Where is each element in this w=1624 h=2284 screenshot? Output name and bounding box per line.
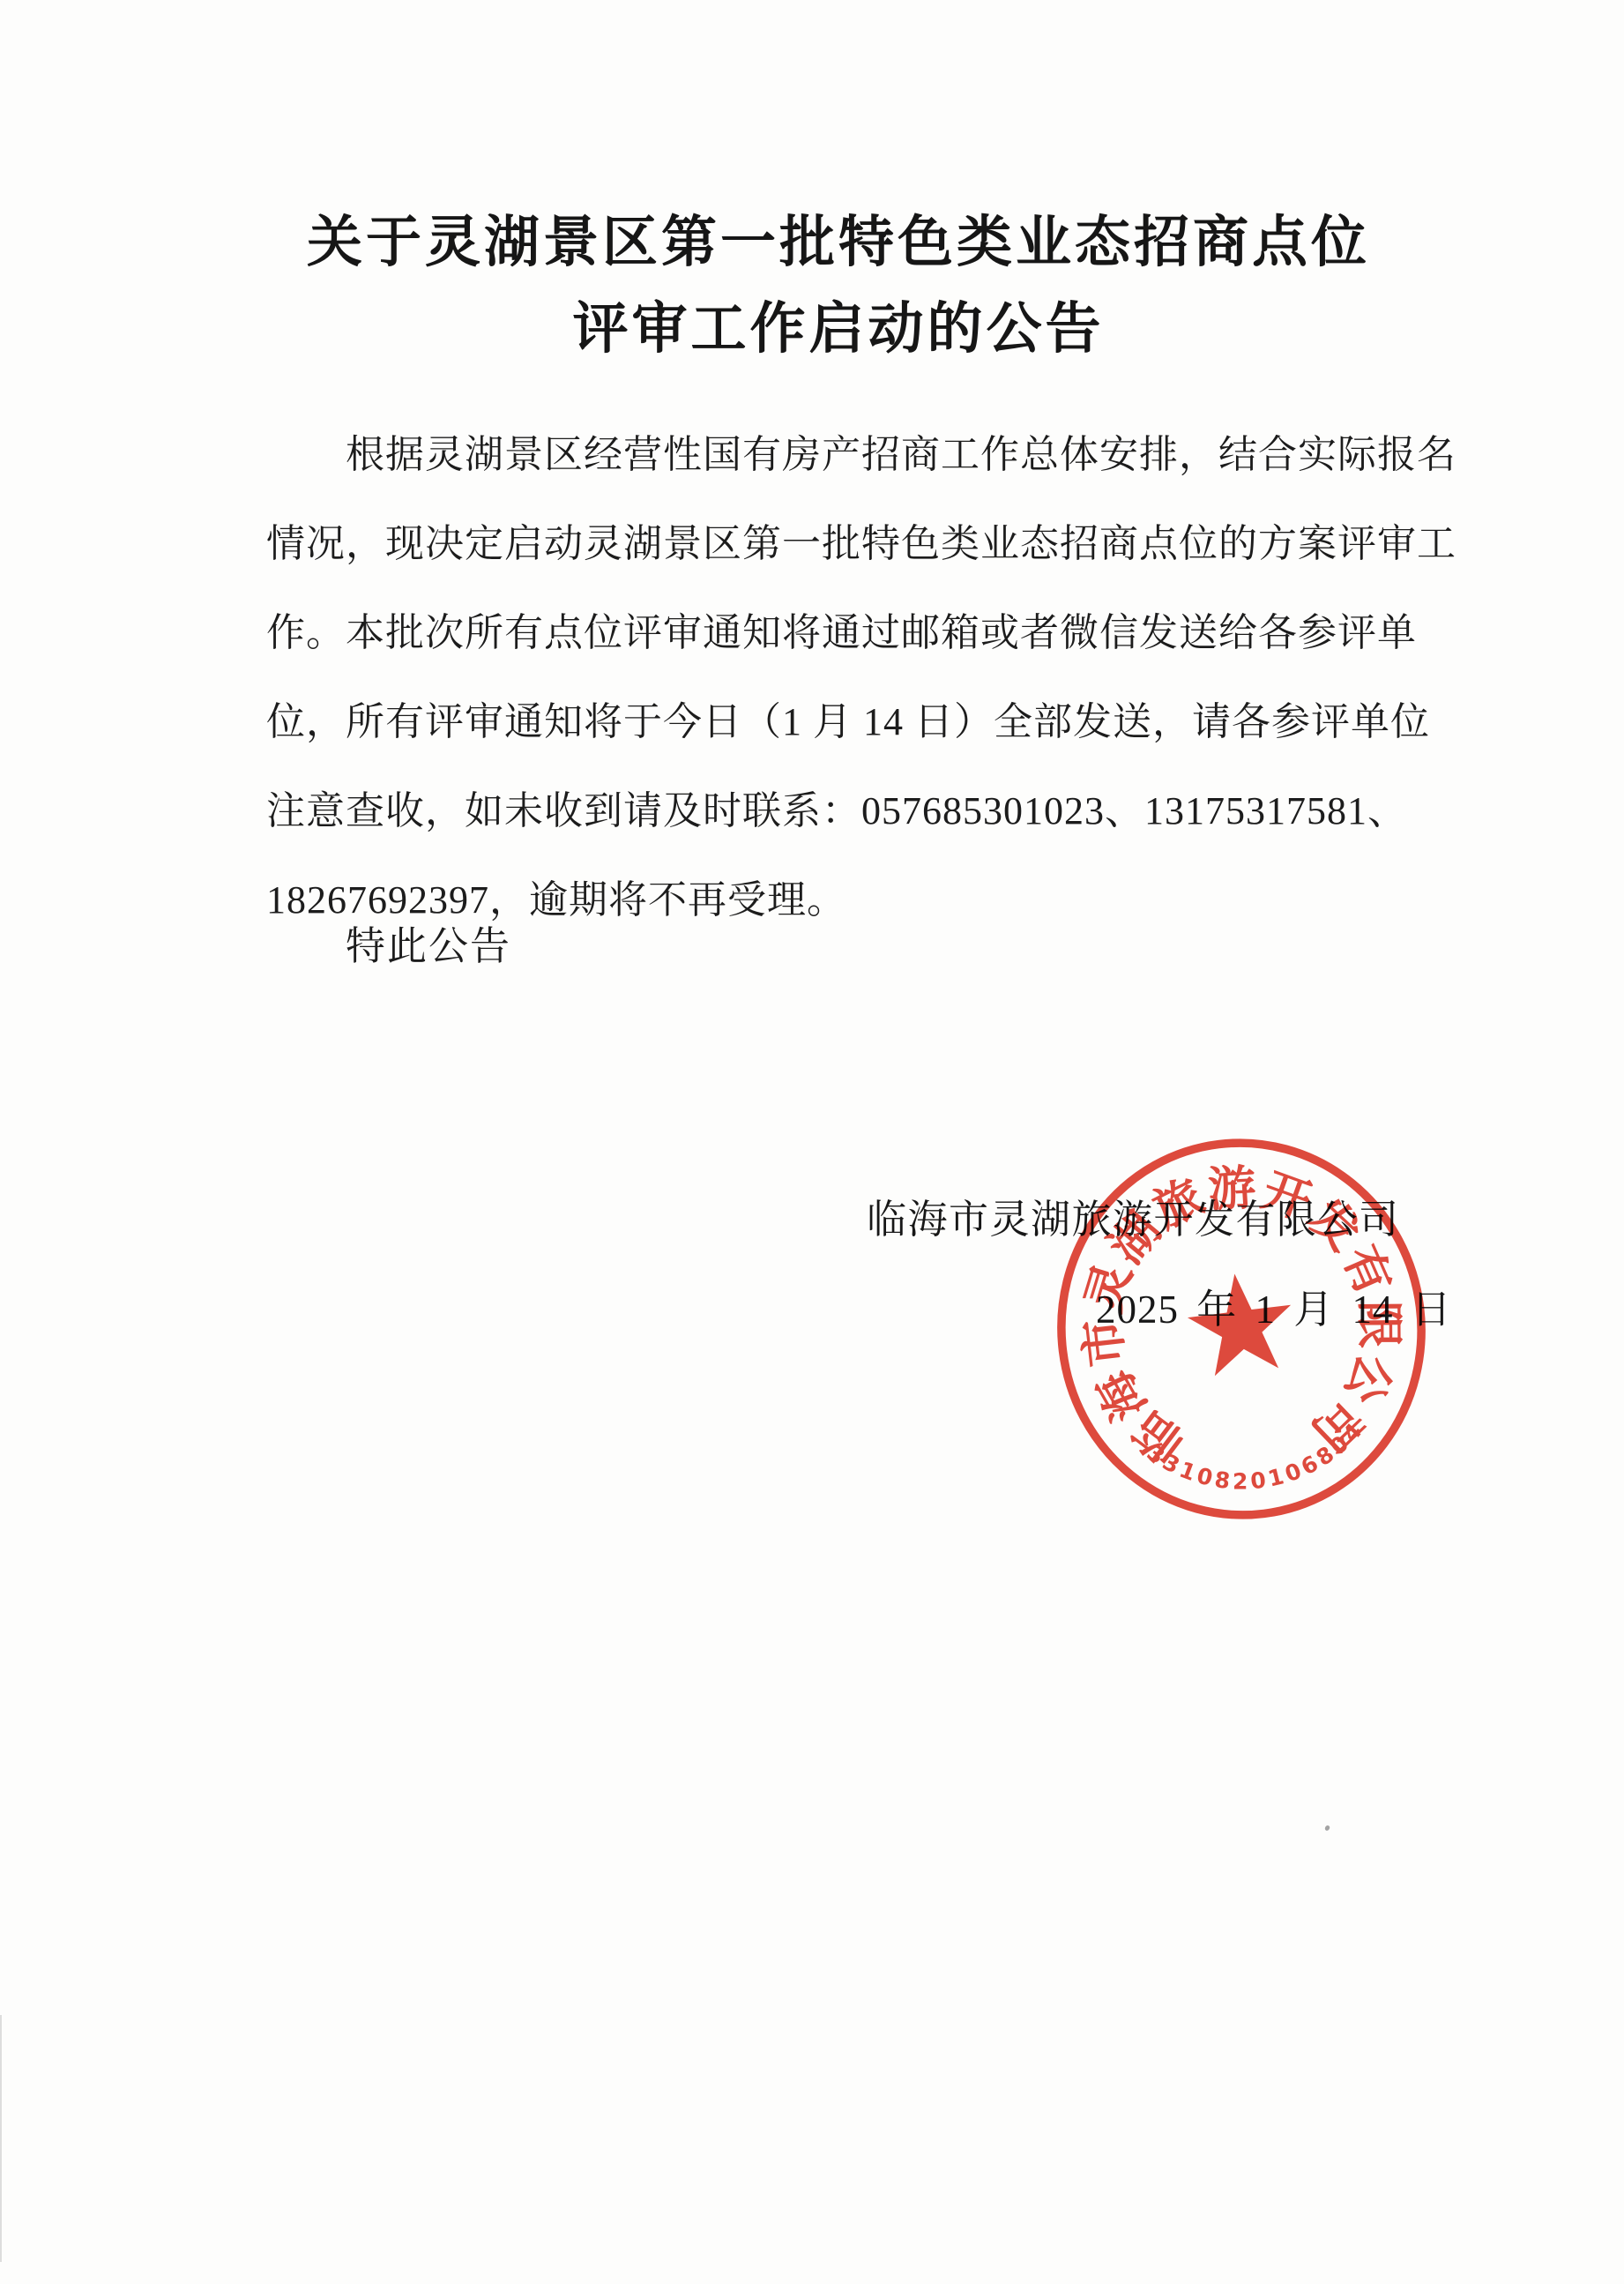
body-line-5: 注意查收，如未收到请及时联系：057685301023、13175317581、: [266, 766, 1421, 855]
body-line-2: 情况，现决定启动灵湖景区第一批特色类业态招商点位的方案评审工: [266, 499, 1421, 588]
scan-artifact-edge: [0, 2015, 2, 2262]
body-line-4: 位，所有评审通知将于今日（1 月 14 日）全部发送，请各参评单位: [266, 677, 1421, 766]
body-paragraph: 根据灵湖景区经营性国有房产招商工作总体安排，结合实际报名 情况，现决定启动灵湖景…: [266, 410, 1421, 944]
body-line-1: 根据灵湖景区经营性国有房产招商工作总体安排，结合实际报名: [266, 410, 1421, 499]
announcement-document-page: 关于灵湖景区第一批特色类业态招商点位 评审工作启动的公告 根据灵湖景区经营性国有…: [0, 0, 1624, 2284]
closing-phrase: 特此公告: [346, 915, 511, 977]
body-line-3: 作。本批次所有点位评审通知将通过邮箱或者微信发送给各参评单: [266, 588, 1421, 677]
document-title-line2: 评审工作启动的公告: [53, 284, 1624, 364]
seal-serial-number: 3310820106804: [1140, 1414, 1375, 1507]
seal-serial-text-holder: 3310820106804: [1140, 1414, 1375, 1507]
document-title-line1: 关于灵湖景区第一批特色类业态招商点位: [53, 198, 1624, 278]
scan-artifact-dot: [1324, 1825, 1330, 1831]
signature-date: 2025 年 1 月 14 日: [1096, 1277, 1452, 1334]
signature-company-name: 临海市灵湖旅游开发有限公司: [867, 1187, 1400, 1244]
